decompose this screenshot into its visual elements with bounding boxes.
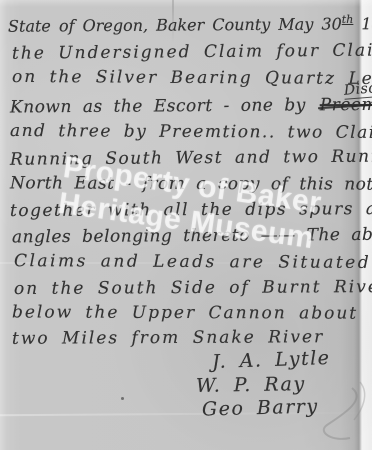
handwritten-line-3: on the Silver Bearing Quartz Lead (12, 67, 372, 89)
pencil-smudge-decoration (282, 380, 372, 450)
handwritten-line-5: and three by Preemtion.. two Claims (10, 121, 372, 143)
handwritten-line-13: two Miles from Snake River (12, 327, 324, 349)
handwritten-line-8: together with all the dips spurs and (10, 199, 372, 221)
handwritten-line-11: on the South Side of Burnt River (14, 277, 372, 299)
signature-1: J. A. Lytle (212, 347, 331, 373)
handwritten-line-12: below the Upper Cannon about (12, 302, 358, 323)
handwritten-line-9: angles belonging thereto —— The above (12, 225, 372, 248)
paper-speck (121, 397, 124, 400)
handwritten-line-2: the Undersigned Claim four Claims (12, 40, 372, 63)
date-text-pre: State of Oregon, Baker County May 30 (8, 14, 342, 35)
line-4-text: Known as the Escort - one by (10, 95, 306, 117)
date-text-post: 1863 (353, 14, 372, 33)
handwritten-line-4: Known as the Escort - one by Preemption … (10, 95, 372, 118)
handwritten-line-date: State of Oregon, Baker County May 30th 1… (8, 13, 372, 36)
scanned-document: State of Oregon, Baker County May 30th 1… (0, 0, 372, 450)
handwritten-line-7: North East - from a copy of this notice (10, 173, 372, 194)
date-superscript: th (342, 13, 354, 26)
handwritten-line-6: Running South West and two Running (10, 146, 372, 170)
handwritten-line-10: Claims and Leads are Situated (14, 251, 371, 273)
